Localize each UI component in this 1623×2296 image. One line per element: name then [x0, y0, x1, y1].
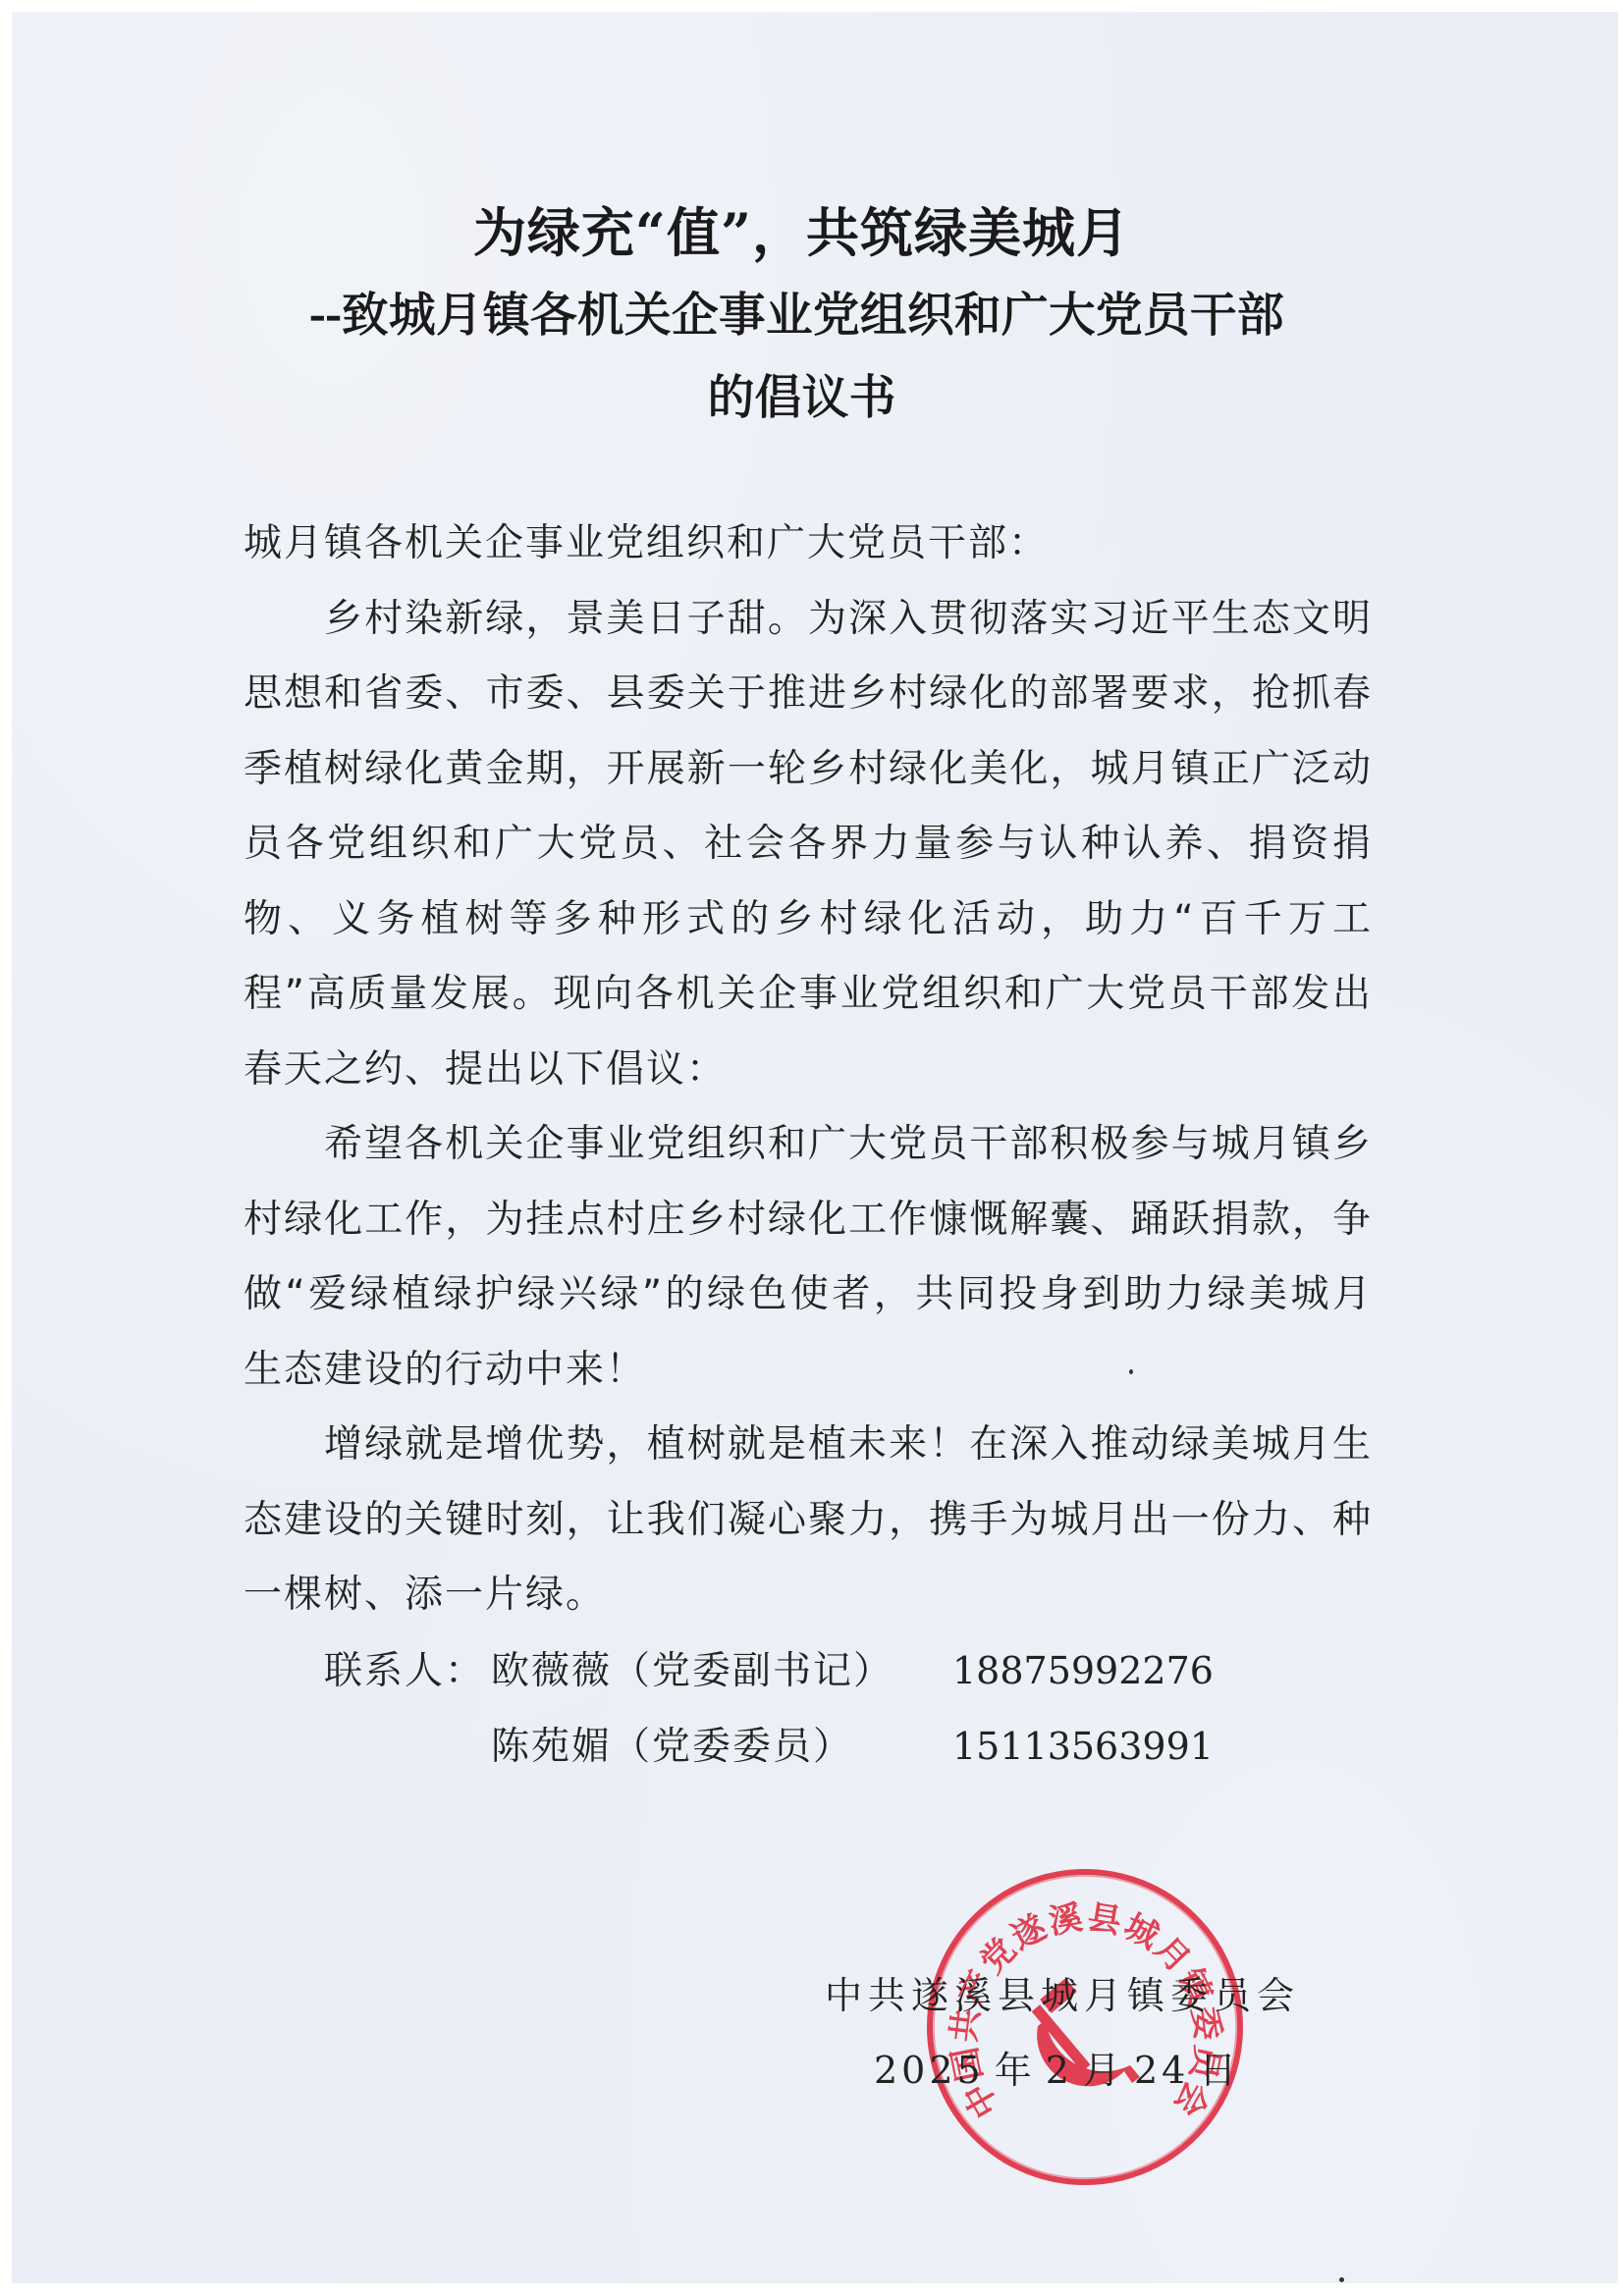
- contact-label: 联系人：: [324, 1634, 491, 1709]
- paragraph-proposal: 希望各机关企事业党组织和广大党员干部积极参与城月镇乡村绿化工作，为挂点村庄乡村绿…: [243, 1107, 1373, 1408]
- date-month: 2: [1046, 2049, 1073, 2092]
- contact-phone: 15113563991: [952, 1709, 1214, 1784]
- contact-name-role: 陈苑媚（党委委员）: [491, 1710, 952, 1785]
- contact-name-role: 欧薇薇（党委副书记）: [491, 1634, 952, 1709]
- contact-row: 联系人： 欧薇薇（党委副书记） 18875992276: [324, 1633, 1214, 1709]
- contact-row: 陈苑媚（党委委员） 15113563991: [324, 1709, 1214, 1785]
- paragraph-closing: 增绿就是增优势，植树就是植未来！在深入推动绿美城月生态建设的关键时刻，让我们凝心…: [243, 1408, 1373, 1633]
- date-year-unit: 年: [995, 2049, 1036, 2092]
- paragraph-intro: 乡村染新绿，景美日子甜。为深入贯彻落实习近平生态文明思想和省委、市委、县委关于推…: [243, 582, 1373, 1108]
- contact-phone: 18875992276: [952, 1633, 1214, 1708]
- date-day-unit: 日: [1199, 2049, 1240, 2092]
- date-month-unit: 月: [1083, 2049, 1124, 2092]
- letter-body: 城月镇各机关企事业党组织和广大党员干部： 乡村染新绿，景美日子甜。为深入贯彻落实…: [243, 507, 1373, 1633]
- signing-organization: 中共遂溪县城月镇委员会: [825, 1958, 1316, 2033]
- document-title: 为绿充“值”，共筑绿美城月 --致城月镇各机关企事业党组织和广大党员干部 的倡议…: [0, 191, 1623, 439]
- date-year: 2025: [874, 2049, 985, 2092]
- signature-block: 中共遂溪县城月镇委员会 2025年2月24日: [825, 1958, 1316, 2108]
- title-subtitle-end: 的倡议书: [0, 356, 1623, 439]
- salutation: 城月镇各机关企事业党组织和广大党员干部：: [243, 507, 1373, 582]
- date-day: 24: [1134, 2049, 1189, 2092]
- signing-date: 2025年2月24日: [825, 2033, 1316, 2108]
- contact-list: 联系人： 欧薇薇（党委副书记） 18875992276 陈苑媚（党委委员） 15…: [324, 1633, 1214, 1785]
- title-subtitle: --致城月镇各机关企事业党组织和广大党员干部: [0, 274, 1623, 356]
- title-main: 为绿充“值”，共筑绿美城月: [0, 191, 1623, 274]
- scan-speck: [1339, 2277, 1344, 2282]
